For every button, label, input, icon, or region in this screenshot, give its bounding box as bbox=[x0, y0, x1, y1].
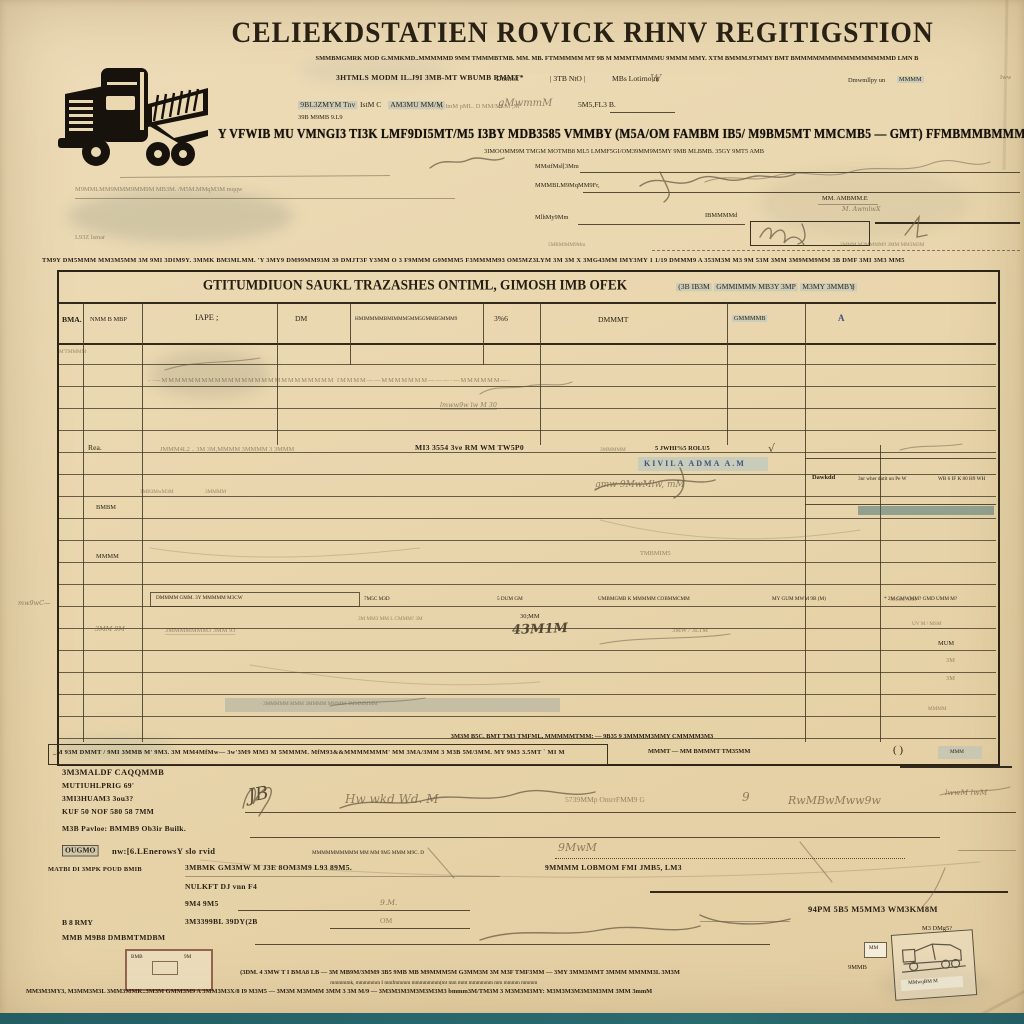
highlighted-entry-text: KIVILA ADMA A.M bbox=[644, 459, 746, 468]
top-chip-note: 39B M9MB 9.L9 bbox=[298, 114, 343, 121]
dash-note: 3MMM M3MMMM9 3MM MM3M3M bbox=[840, 242, 924, 248]
signature-main: Hw wkd Wd. M bbox=[345, 792, 439, 806]
col-header-gmmmmb: GMMMMB bbox=[732, 315, 768, 322]
registration-form-scan: CELIEKDSTATIEN ROVICK RHNV REGITIGSTION … bbox=[0, 0, 1024, 1024]
rbox-text: 3nr wher dutit un Pe W bbox=[858, 476, 907, 482]
field2-right-sub: MM. AMBMM.E bbox=[822, 195, 868, 202]
bottom-s2: NULKFT DJ vnn F4 bbox=[185, 883, 257, 891]
rbox-text: Dawkdd bbox=[812, 474, 835, 481]
field2-label: MMMBLM9MqMM9Fr, bbox=[535, 182, 600, 189]
cell-text: 5 JWHI%5 ROLU5 bbox=[655, 445, 710, 452]
rbox-bottom bbox=[805, 504, 996, 505]
mid-tiny: 5MBMlMM9Mm bbox=[548, 242, 585, 248]
typed-entry: 5739MMp OmrrFMM9 G bbox=[565, 796, 645, 804]
rule bbox=[818, 204, 878, 205]
header-band: Y VFWIB MU VMNGI3 TI3K LMF9DI5MT/M5 I3BY… bbox=[218, 126, 951, 143]
rule bbox=[610, 112, 675, 113]
cell-text: M'TMMMM bbox=[59, 349, 86, 355]
rule bbox=[652, 250, 1020, 251]
col-header-dn: DM bbox=[295, 315, 307, 323]
right-col-entry: UV M / MSM bbox=[912, 621, 942, 627]
dash-row: -·—MMMMMMMMMMMMMMMMMMMMMMMMMM IMMMM——MMM… bbox=[148, 377, 511, 384]
right-col-entry: 3M bbox=[946, 657, 955, 664]
table-title: GTITUMDIUON SAUKL TRAZASHES ONTIML, GIMO… bbox=[163, 278, 667, 295]
row-label: MMMM bbox=[96, 553, 119, 560]
table-body-rules bbox=[59, 343, 996, 742]
rule bbox=[650, 891, 1008, 893]
right-small-box-text: MM bbox=[869, 945, 878, 951]
right-col-entry: MMMM bbox=[928, 706, 947, 712]
cell-handwriting: 3MM 9M bbox=[95, 626, 125, 633]
meb-label: MMB M9B8 DMBMTMDBM bbox=[62, 934, 165, 942]
left-stamp-text2: 9M bbox=[184, 954, 191, 960]
bottom-strip-label: MMMT — MM BMMMT TM35MM bbox=[648, 748, 750, 755]
right-col-entry: 3M bbox=[946, 675, 955, 682]
pre-table-line: TM9Y DM5MMM MM3M5MM 3M 9MI 3DIM9Y. 3MMK … bbox=[42, 257, 905, 264]
page-title: CELIEKDSTATIEN ROVICK RHNV REGITIGSTION bbox=[231, 16, 838, 50]
field2-rule bbox=[583, 192, 1020, 193]
bottom-strip-chip-text: MMM bbox=[950, 749, 964, 755]
hand-9: 9 bbox=[742, 790, 750, 804]
rule bbox=[555, 858, 905, 859]
rule bbox=[330, 928, 470, 929]
table-title-border bbox=[59, 302, 996, 304]
col-header-type: IAPE ; bbox=[195, 313, 218, 322]
table-title-chip: GMMIMMM bbox=[714, 283, 760, 291]
col-header-pct: 3%6 bbox=[494, 315, 508, 323]
top-domok: Domok bbox=[496, 75, 519, 83]
lower-line1: 3M3MALDF CAQQMMB bbox=[62, 768, 164, 777]
table-title-chip: MB3Y 3MP bbox=[756, 283, 798, 291]
bottom-s4: 3M3399BL 39DY(2B bbox=[185, 918, 258, 926]
truck-stamp-icon bbox=[898, 936, 970, 977]
top-chip4-handwriting: gMwmmM bbox=[498, 98, 552, 109]
pav-rule bbox=[250, 837, 940, 838]
cell-text: 3MMMM bbox=[205, 489, 226, 495]
cell-text: 3M MM3 MM L CMMM? 3M bbox=[358, 616, 423, 622]
pav-label: M3B Pavloe: BMMB9 Ob3ir Builk. bbox=[62, 825, 186, 833]
right-col-entry: MUM bbox=[938, 640, 954, 647]
right-b-label: 9MMB bbox=[848, 964, 867, 971]
cell-text: 30;MM bbox=[520, 613, 540, 620]
top-w-mark: W bbox=[650, 72, 661, 85]
hand-far-right: lwwM lwM bbox=[945, 789, 987, 797]
matbi-label: MATBI DI 3MPK POUD BMIB bbox=[48, 866, 142, 873]
rule bbox=[238, 910, 470, 911]
subhead-box-text: DMMMM GMM. 3Y MMMMM M3CW bbox=[156, 595, 243, 601]
rbox-text: WB 6 IF K 80 H9 WH bbox=[938, 476, 985, 482]
bottom-s1: 3MBMK GM3MW M J3E 8OM3M9 L93 89M5. bbox=[185, 864, 352, 872]
cell-handwriting: lmww9w lw M 30 bbox=[440, 402, 497, 410]
teal-smear bbox=[858, 506, 994, 515]
fineprint-2: mmmmmk, mmmmmm I mmfmmmm mmmmmmm(mt mm m… bbox=[205, 980, 663, 986]
margin-mark: mw9wC— bbox=[18, 600, 50, 607]
lower-line4: KUF 50 NOF 580 58 7MM bbox=[62, 808, 154, 816]
field3-right-label: IBMMMMd bbox=[705, 212, 737, 219]
b8-label: B 8 RMY bbox=[62, 919, 93, 927]
rule bbox=[255, 944, 770, 945]
band-note: 3IMOOMM9M TMGM MOTMB8 ML5 LMMF5GI/OM39MM… bbox=[400, 148, 848, 155]
col-header-a: A bbox=[838, 313, 847, 323]
cell-text: MI3 3554 3ve RM WM TW5P0 bbox=[415, 444, 524, 452]
field2-right-hand: M. AwmlwX bbox=[842, 206, 881, 213]
table-title-chip: M3MY 3MMBY bbox=[800, 283, 857, 291]
col-header-serial: NMM B MBP bbox=[90, 316, 127, 323]
ougmo-hand: 9MwM bbox=[558, 841, 597, 854]
lower-line2: MUTIUHLPRIG 69' bbox=[62, 782, 134, 790]
cell-text: 3MW / 3LTM bbox=[672, 627, 708, 634]
col-header-long: HMIMMMMBMIMMM5MM5GMMB5MMM9 bbox=[355, 316, 457, 322]
top-edge-mark: Iww bbox=[1000, 74, 1011, 81]
rule bbox=[185, 876, 500, 877]
rule bbox=[75, 198, 455, 199]
col-header-dmmmt: DMMMT bbox=[598, 316, 628, 324]
signature-rule bbox=[245, 812, 1016, 813]
lower-line3: 3MI3HUAM3 3ou3? bbox=[62, 795, 133, 803]
subheader: UMBMGMB K MMMMM COBMMCMM bbox=[598, 596, 690, 602]
left-note: M9MMLMM9MMM9MM9M MB3M. /M5M.MMqM3M mqqw bbox=[75, 186, 243, 193]
bottom-s1r: 9MMMM LOBMOM FMI JMB5, LM3 bbox=[545, 864, 682, 872]
table-title-chip: (3B IB3M bbox=[676, 283, 712, 291]
row-label: Rea. bbox=[88, 444, 102, 452]
bottom-strip-text: _M 93M DMMT / 9MI 3MMB M' 9M3. 3M MM4MfM… bbox=[53, 749, 565, 756]
left-tiny: L93Z lsmar bbox=[75, 234, 105, 241]
cell-text: 3MMMMMMM3 3MM 93 bbox=[165, 627, 235, 635]
top-tb-nto: | 3TB NtO | bbox=[550, 75, 585, 83]
left-stamp-text1: BMB bbox=[131, 954, 143, 960]
cell-text: 3MB3MwM3M bbox=[140, 489, 174, 495]
check-mark: √ bbox=[768, 442, 775, 455]
subheader: 7M5C M3D bbox=[364, 596, 390, 602]
field3-rule bbox=[578, 224, 745, 225]
field3-label: MlhMy9Mm bbox=[535, 214, 568, 221]
cell-text: TMBMIM5 bbox=[640, 550, 671, 557]
controlled-by-value: MMMM bbox=[897, 76, 924, 83]
rule bbox=[875, 222, 1020, 224]
page-subtitle: SMMBMGMRK MOD G.MMKMD..MMMMMD 9MM TMMMBT… bbox=[265, 55, 969, 62]
right-col-entry: 3M3M, MM bbox=[890, 597, 916, 603]
fineprint-1: (3DM. 4 3MW T I BMA8 LB — 3M MB9M/3MM9 3… bbox=[140, 969, 780, 976]
shaded-row-text: · 3MMMMM MMM 3MMMM MMMM 3MMMMMM · bbox=[260, 701, 381, 707]
subheader: 5 DUM GM bbox=[497, 596, 523, 602]
rule bbox=[958, 850, 1016, 851]
subheader: MY GUM MWM 9B (M) bbox=[772, 596, 826, 602]
crease bbox=[1003, 0, 1009, 170]
cell-handwriting: 43M1M bbox=[512, 621, 568, 638]
ougmo-text: nw:[6.LEnerowsY slo rvid bbox=[112, 847, 215, 856]
bottom-right-bold: 94PM 5B5 M5MM3 WM3KM8M bbox=[808, 905, 938, 914]
truck-logo-icon bbox=[56, 58, 216, 174]
rbox-top bbox=[805, 458, 996, 459]
bottom-s3-value: 9.M. bbox=[380, 899, 397, 907]
cell-text: 3MMMMM bbox=[600, 447, 626, 453]
cell-handwriting: gmw 9MwMlw, mM bbox=[595, 480, 685, 490]
table-title-paren: ) bbox=[852, 283, 855, 291]
ougmo-dots: MMMMMMMMMM MM MM 9M5 MMM M9C. D bbox=[312, 850, 424, 856]
top-chip1: 9BL3ZMYM Tnv bbox=[298, 101, 358, 109]
cell-text: JMMM4L2 .. 3M 3M,MMMM 3MMMM 3 3MMM bbox=[160, 446, 294, 453]
controlled-by-label: Dmwmllpy un bbox=[848, 77, 885, 84]
teal-footer-strip bbox=[0, 1013, 1024, 1024]
rule bbox=[900, 766, 1012, 768]
top-chip3: AM3MU MM/M bbox=[388, 101, 445, 109]
bottom-s3: 9M4 9M5 bbox=[185, 900, 219, 908]
ougmo-chip: OUGMO bbox=[62, 845, 98, 856]
signature-jb: JB bbox=[246, 782, 270, 806]
fineprint-3: MM3M3MY3, M3MM3M3L 3MM3MMK..3M3M GMM3M9 … bbox=[26, 988, 781, 995]
bottom-s4-value: OM bbox=[380, 917, 392, 925]
col-header-no: BMA. bbox=[62, 316, 82, 324]
bottom-strip-paren: ( ) bbox=[893, 744, 903, 756]
top-chip5: 5M5,FL3 B. bbox=[578, 101, 616, 109]
top-chip2: IstM C bbox=[360, 101, 381, 109]
table-footer-note: 3M3M B5C. BMT TM3 TMFML, MMMMMTMM: — 9B3… bbox=[390, 733, 774, 740]
rule bbox=[700, 921, 790, 922]
rule bbox=[120, 175, 390, 178]
signature-right: RwMBwMww9w bbox=[788, 794, 881, 807]
field1-rule bbox=[580, 172, 1020, 173]
row-label: BMBM bbox=[96, 504, 116, 511]
field1-label: MMstfMsl[3Mm bbox=[535, 163, 579, 170]
